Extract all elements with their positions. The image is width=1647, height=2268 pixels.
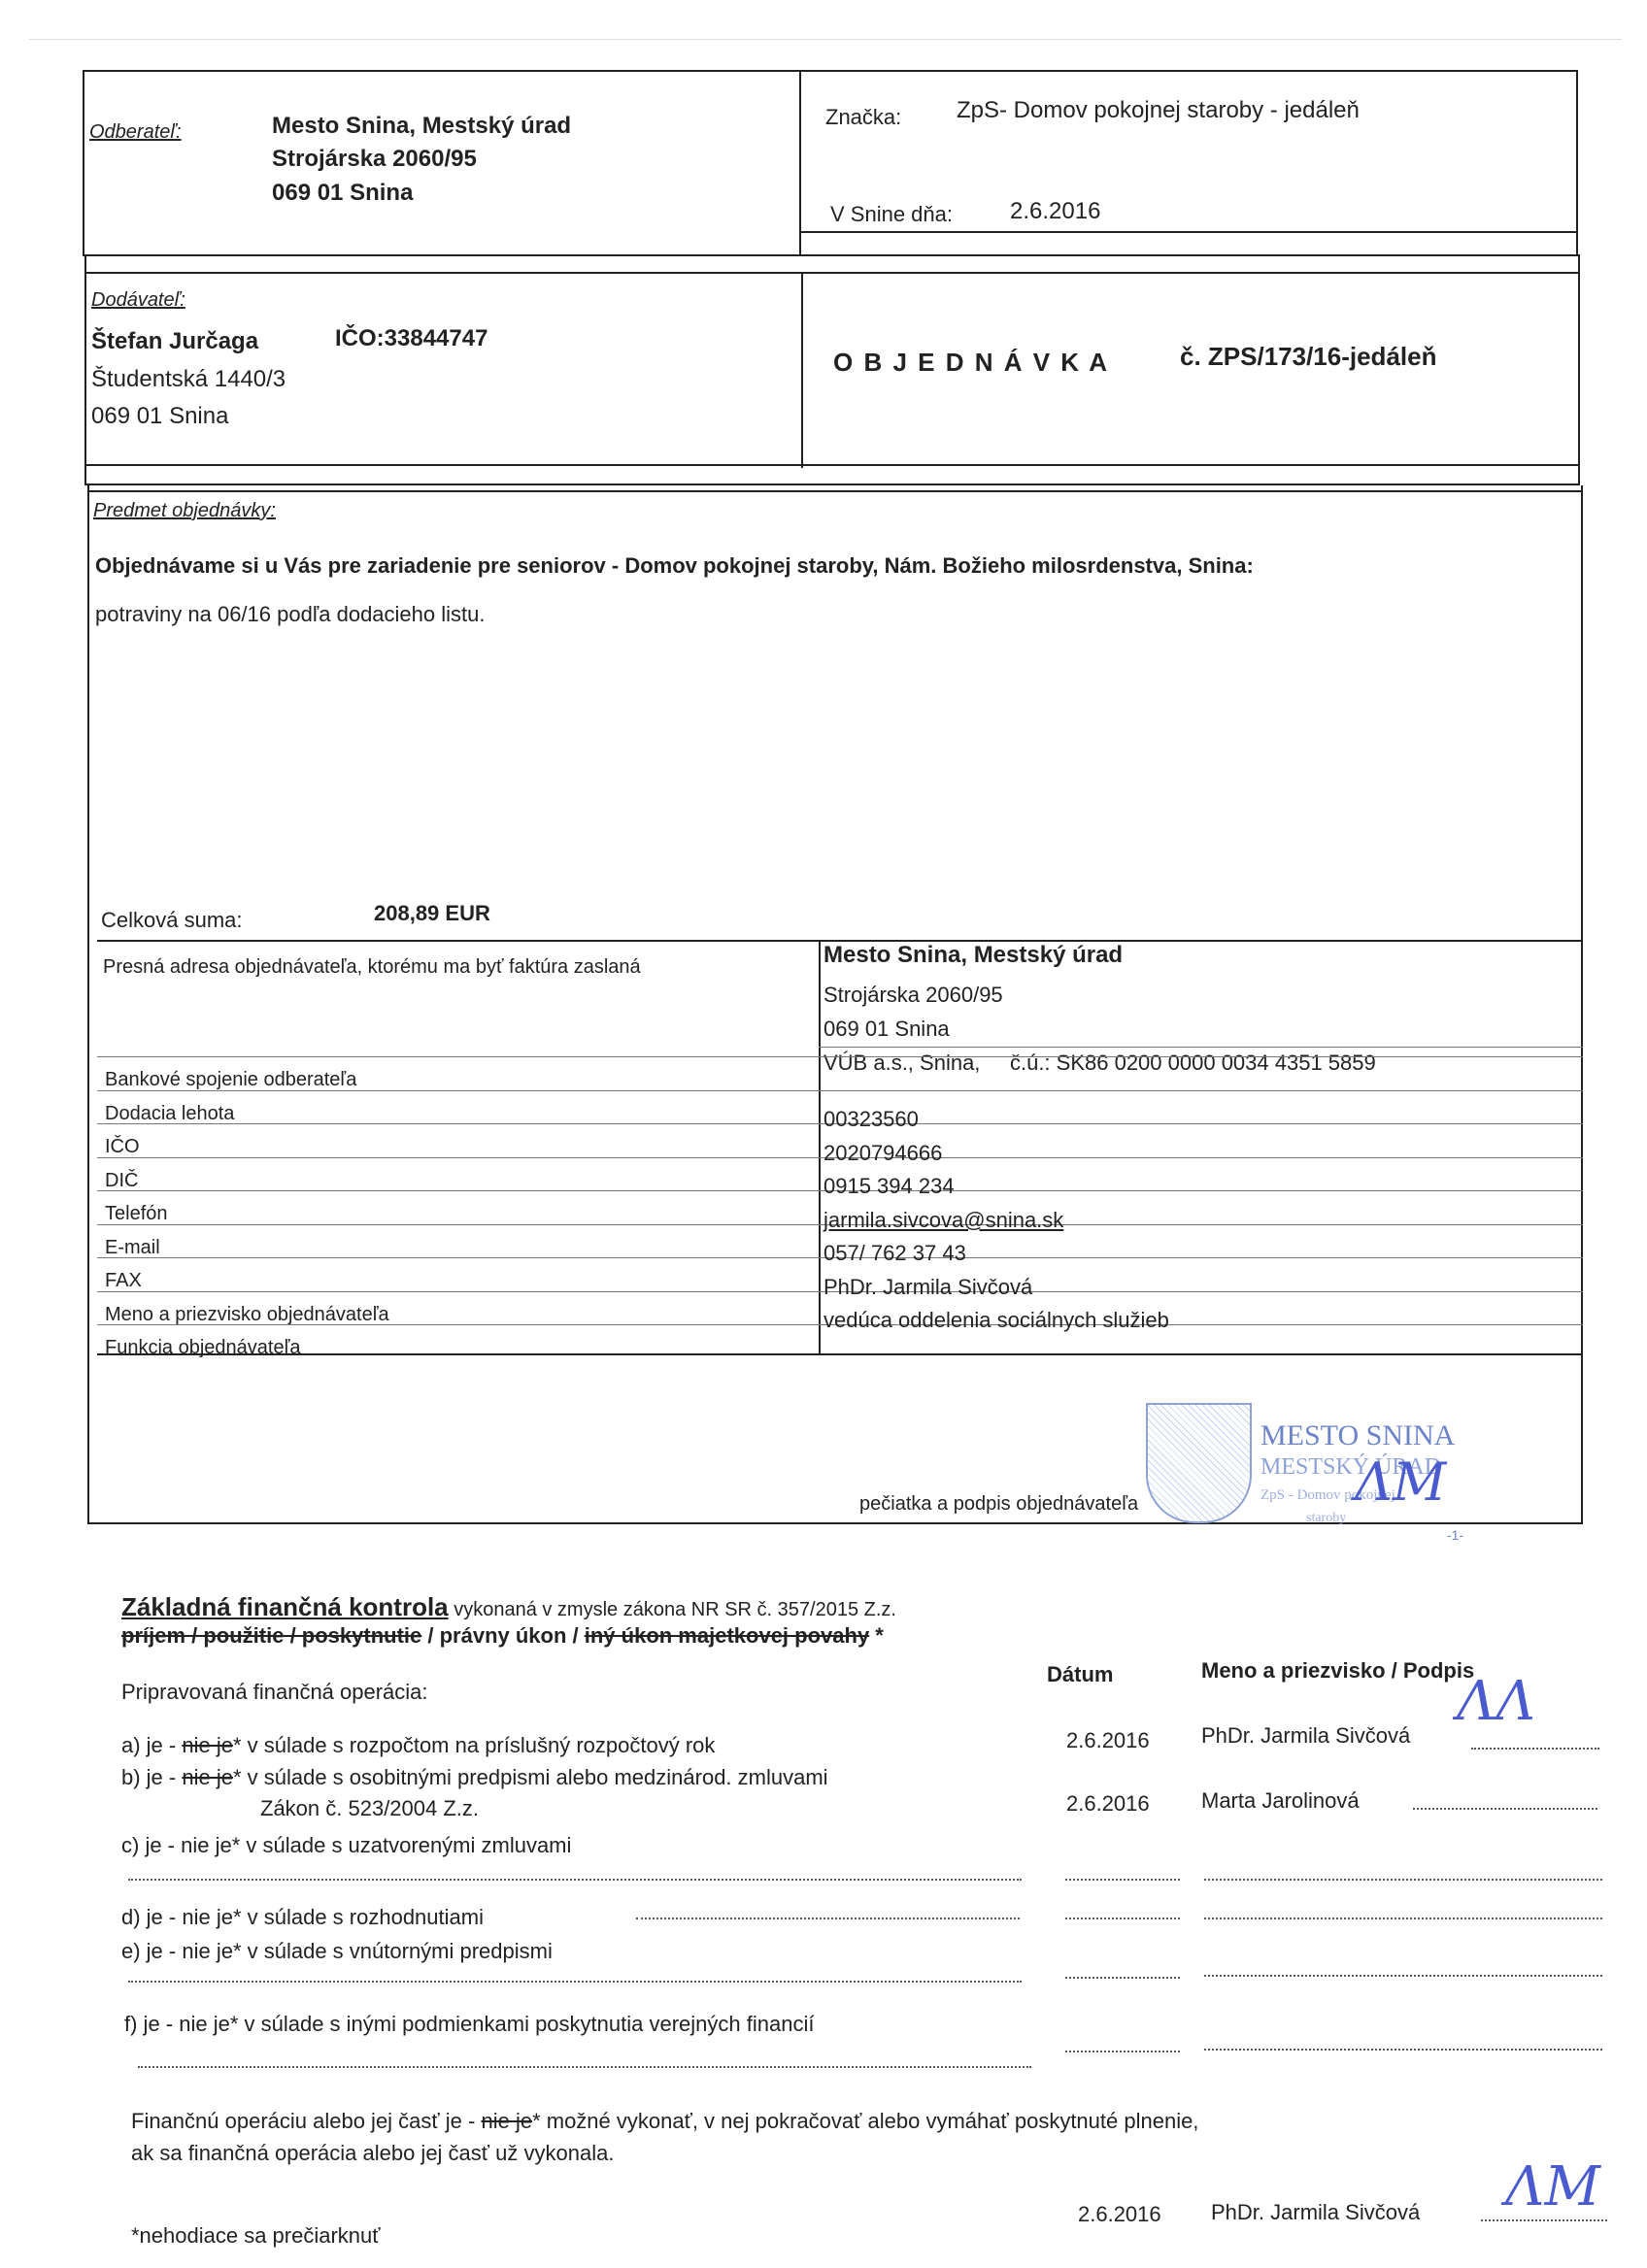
types-struck: príjem / použitie / poskytnutie: [121, 1623, 421, 1648]
col-name: Meno a priezvisko / Podpis: [1201, 1658, 1474, 1684]
scan-edge: [29, 39, 1622, 40]
item-struck: nie je: [182, 1765, 233, 1789]
details-row-label: Telefón: [105, 1202, 168, 1225]
sig-date-1: 2.6.2016: [1066, 1728, 1150, 1753]
stamp-line1: MESTO SNINA: [1260, 1419, 1455, 1452]
types-sep: / právny úkon /: [421, 1623, 584, 1648]
total-value: 208,89 EUR: [374, 901, 490, 926]
sig-line-2[interactable]: [1413, 1808, 1597, 1810]
supplier-top-line: [84, 272, 1580, 274]
control-item: a) je - nie je* v súlade s rozpočtom na …: [121, 1733, 715, 1758]
control-item: e) je - nie je* v súlade s vnútornými pr…: [121, 1939, 553, 1964]
details-row-value: PhDr. Jarmila Sivčová: [823, 1276, 1032, 1299]
signature-icon: ΛΛ: [1457, 1670, 1535, 1733]
supplier-bottom-line: [84, 464, 1580, 466]
signature-icon: ΛΜ: [1505, 2155, 1600, 2218]
date-value: 2.6.2016: [1010, 198, 1100, 225]
details-row-label: Meno a priezvisko objednávateľa: [105, 1303, 389, 1326]
stamp-line4: staroby: [1306, 1511, 1346, 1526]
dots-e-name[interactable]: [1204, 1975, 1602, 1977]
odberatel-label: Odberateľ:: [89, 121, 182, 144]
final-struck: nie je: [481, 2109, 532, 2133]
details-row-value[interactable]: jarmila.sivcova@snina.sk: [823, 1209, 1063, 1232]
sig-date-2: 2.6.2016: [1066, 1791, 1150, 1817]
details-row-line: [97, 1090, 1583, 1091]
control-types: príjem / použitie / poskytnutie / právny…: [121, 1623, 884, 1649]
supplier-ico: IČO:33844747: [335, 325, 487, 352]
final-suffix: * možné vykonať, v nej pokračovať alebo …: [532, 2109, 1198, 2133]
supplier-street: Študentská 1440/3: [91, 366, 286, 393]
item-text: * v súlade s vnútornými predpismi: [233, 1939, 553, 1963]
odberatel-name: Mesto Snina, Mestský úrad: [272, 113, 571, 140]
znacka-label: Značka:: [825, 105, 901, 130]
details-row-label: IČO: [105, 1135, 140, 1158]
item-text: * v súlade s osobitnými predpismi alebo …: [233, 1765, 828, 1789]
control-item: c) je - nie je* v súlade s uzatvorenými …: [121, 1833, 571, 1858]
details-row-label: Bankové spojenie odberateľa: [105, 1068, 356, 1091]
final-date: 2.6.2016: [1078, 2202, 1161, 2227]
bank-value: VÚB a.s., Snina, č.ú.: SK86 0200 0000 00…: [823, 1051, 1376, 1076]
details-row-label: DIČ: [105, 1169, 138, 1192]
odberatel-city: 069 01 Snina: [272, 180, 413, 207]
details-row-value: vedúca oddelenia sociálnych služieb: [823, 1309, 1169, 1332]
final-name: PhDr. Jarmila Sivčová: [1211, 2200, 1420, 2225]
dots-f-date[interactable]: [1065, 2051, 1180, 2052]
item-text: * v súlade s uzatvorenými zmluvami: [232, 1833, 572, 1857]
prepared-label: Pripravovaná finančná operácia:: [121, 1680, 428, 1705]
dots-c-name[interactable]: [1204, 1879, 1602, 1881]
final-line2: ak sa finančná operácia alebo jej časť u…: [131, 2141, 614, 2166]
details-bottom-line: [97, 1353, 1583, 1355]
odberatel-street: Strojárska 2060/95: [272, 146, 477, 173]
dots-e-left[interactable]: [128, 1981, 1022, 1983]
final-prefix: Finančnú operáciu alebo jej časť je -: [131, 2109, 481, 2133]
details-row-line: [97, 1056, 1583, 1057]
znacka-value: ZpS- Domov pokojnej staroby - jedáleň: [957, 97, 1360, 124]
item-prefix: d) je - nie je: [121, 1905, 233, 1929]
date-label: V Snine dňa:: [830, 202, 953, 227]
dots-c-date[interactable]: [1065, 1879, 1180, 1881]
item-prefix: a) je -: [121, 1733, 182, 1757]
col-date: Dátum: [1047, 1662, 1113, 1687]
details-divider: [819, 940, 821, 1355]
details-row-value: 057/ 762 37 43: [823, 1242, 966, 1265]
item-text: * v súlade s inými podmienkami poskytnut…: [230, 2012, 815, 2036]
details-row-label: Dodacia lehota: [105, 1102, 234, 1125]
sig-name-2: Marta Jarolinová: [1201, 1788, 1360, 1814]
dots-e-date[interactable]: [1065, 1977, 1180, 1979]
supplier-divider: [801, 274, 803, 468]
subject-line1: Objednávame si u Vás pre zariadenie pre …: [95, 553, 1581, 579]
coat-of-arms-stamp-icon: [1146, 1403, 1252, 1523]
details-row-label: E-mail: [105, 1236, 160, 1259]
invoice-address-label: Presná adresa objednávateľa, ktorému ma …: [103, 956, 641, 979]
header-inner-line: [799, 231, 1578, 233]
details-row-value: 00323560: [823, 1108, 919, 1131]
stamp-label: pečiatka a podpis objednávateľa: [859, 1493, 1138, 1516]
control-item: Zákon č. 523/2004 Z.z.: [260, 1796, 479, 1821]
details-row-label: Funkcia objednávateľa: [105, 1336, 301, 1359]
bank-top-line: [819, 1047, 1583, 1048]
item-prefix: e) je - nie je: [121, 1939, 233, 1963]
details-row-label: FAX: [105, 1269, 142, 1292]
total-label: Celková suma:: [101, 908, 243, 933]
invoice-street: Strojárska 2060/95: [823, 983, 1003, 1008]
dots-f-name[interactable]: [1204, 2049, 1602, 2051]
subject-line2: potraviny na 06/16 podľa dodacieho listu…: [95, 602, 485, 627]
invoice-city: 069 01 Snina: [823, 1017, 950, 1042]
dots-d-date[interactable]: [1065, 1918, 1180, 1919]
dots-d-left[interactable]: [636, 1918, 1020, 1919]
item-text: * v súlade s rozhodnutiami: [233, 1905, 484, 1929]
dots-f-left[interactable]: [138, 2066, 1031, 2068]
sig-name-1: PhDr. Jarmila Sivčová: [1201, 1723, 1410, 1749]
invoice-name: Mesto Snina, Mestský úrad: [823, 942, 1123, 969]
details-row-value: 0915 394 234: [823, 1175, 955, 1198]
control-title-suffix: vykonaná v zmysle zákona NR SR č. 357/20…: [449, 1599, 896, 1620]
dodavatel-label: Dodávateľ:: [91, 289, 185, 312]
types-star: *: [869, 1623, 884, 1648]
control-item: f) je - nie je* v súlade s inými podmien…: [124, 2012, 814, 2037]
supplier-city: 069 01 Snina: [91, 403, 228, 430]
types-struck2: iný úkon majetkovej povahy: [585, 1623, 869, 1648]
control-title: Základná finančná kontrola: [121, 1592, 449, 1621]
item-text: Zákon č. 523/2004 Z.z.: [260, 1796, 479, 1820]
stamp-page: -1-: [1447, 1527, 1463, 1543]
subject-top-line: [87, 490, 1583, 492]
item-prefix: f) je - nie je: [124, 2012, 230, 2036]
control-heading: Základná finančná kontrola vykonaná v zm…: [121, 1592, 896, 1622]
item-struck: nie je: [182, 1733, 233, 1757]
order-number: č. ZPS/173/16-jedáleň: [1180, 342, 1436, 372]
item-text: * v súlade s rozpočtom na príslušný rozp…: [233, 1733, 715, 1757]
predmet-label: Predmet objednávky:: [93, 500, 276, 522]
item-prefix: b) je -: [121, 1765, 182, 1789]
supplier-name: Štefan Jurčaga: [91, 328, 258, 355]
control-item: d) je - nie je* v súlade s rozhodnutiami: [121, 1905, 484, 1930]
dots-d-name[interactable]: [1204, 1918, 1602, 1919]
final-statement: Finančnú operáciu alebo jej časť je - ni…: [131, 2109, 1198, 2134]
signature-icon: ΛΜ: [1355, 1451, 1446, 1513]
details-row-value: 2020794666: [823, 1142, 942, 1165]
order-title: O B J E D N Á V K A: [833, 348, 1109, 378]
control-item: b) je - nie je* v súlade s osobitnými pr…: [121, 1765, 828, 1790]
footnote: *nehodiace sa prečiarknuť: [131, 2223, 381, 2249]
dots-c-left[interactable]: [128, 1879, 1022, 1881]
header-divider: [799, 70, 801, 256]
sig-line-1[interactable]: [1471, 1748, 1599, 1750]
item-prefix: c) je - nie je: [121, 1833, 232, 1857]
final-sig-line[interactable]: [1481, 2219, 1607, 2221]
